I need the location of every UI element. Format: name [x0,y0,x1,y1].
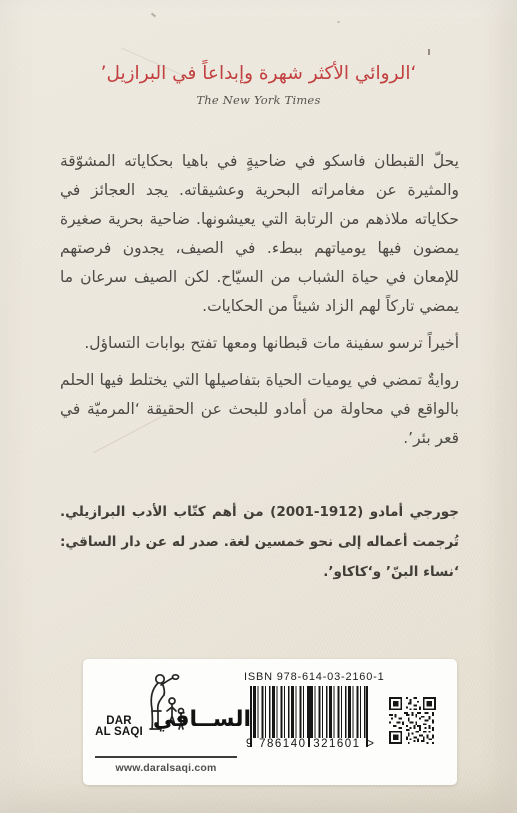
qr-code [389,697,436,744]
review-source: The New York Times [0,93,517,107]
barcode-digits: 9 786140 321601 > [246,738,374,750]
barcode-digit-group2: 321601 [313,738,360,750]
review-quote: ‘الروائي الأكثر شهرة وإبداعاً في البرازي… [0,63,517,84]
paper-speck [151,13,156,18]
publisher-name-line2: AL SAQI [93,727,145,738]
publisher-label: DAR AL SAQI الســاقي www.daralsaqi.com [83,659,457,785]
barcode-digit-group1: 786140 [259,738,306,750]
barcode-suffix: > [367,738,374,750]
isbn-number: ISBN 978-614-03-2160-1 [244,671,385,683]
author-bio: جورجي أمادو (1912‏-‏2001) من أهم كتّاب ا… [60,497,459,587]
publisher-website: www.daralsaqi.com [87,762,245,774]
book-back-cover: ‘الروائي الأكثر شهرة وإبداعاً في البرازي… [0,0,517,813]
synopsis: يحلّ القبطان فاسكو في ضاحيةٍ في باهيا بح… [60,147,459,453]
barcode-digit-lead: 9 [246,738,252,750]
logo-divider [95,756,237,758]
synopsis-paragraph-2: أخيراً ترسو سفينة مات قبطانها ومعها تفتح… [60,329,459,358]
review-quote-block: ‘الروائي الأكثر شهرة وإبداعاً في البرازي… [0,63,517,107]
paper-speck [428,49,430,55]
ean-barcode: 9 786140 321601 > [246,686,374,764]
publisher-name-en: DAR AL SAQI [93,716,145,738]
synopsis-paragraph-1: يحلّ القبطان فاسكو في ضاحيةٍ في باهيا بح… [60,147,459,321]
publisher-logo-arabic: الســاقي [185,707,251,732]
synopsis-paragraph-3: روايةٌ تمضي في يوميات الحياة بتفاصيلها ا… [60,366,459,453]
paper-speck [337,21,340,23]
